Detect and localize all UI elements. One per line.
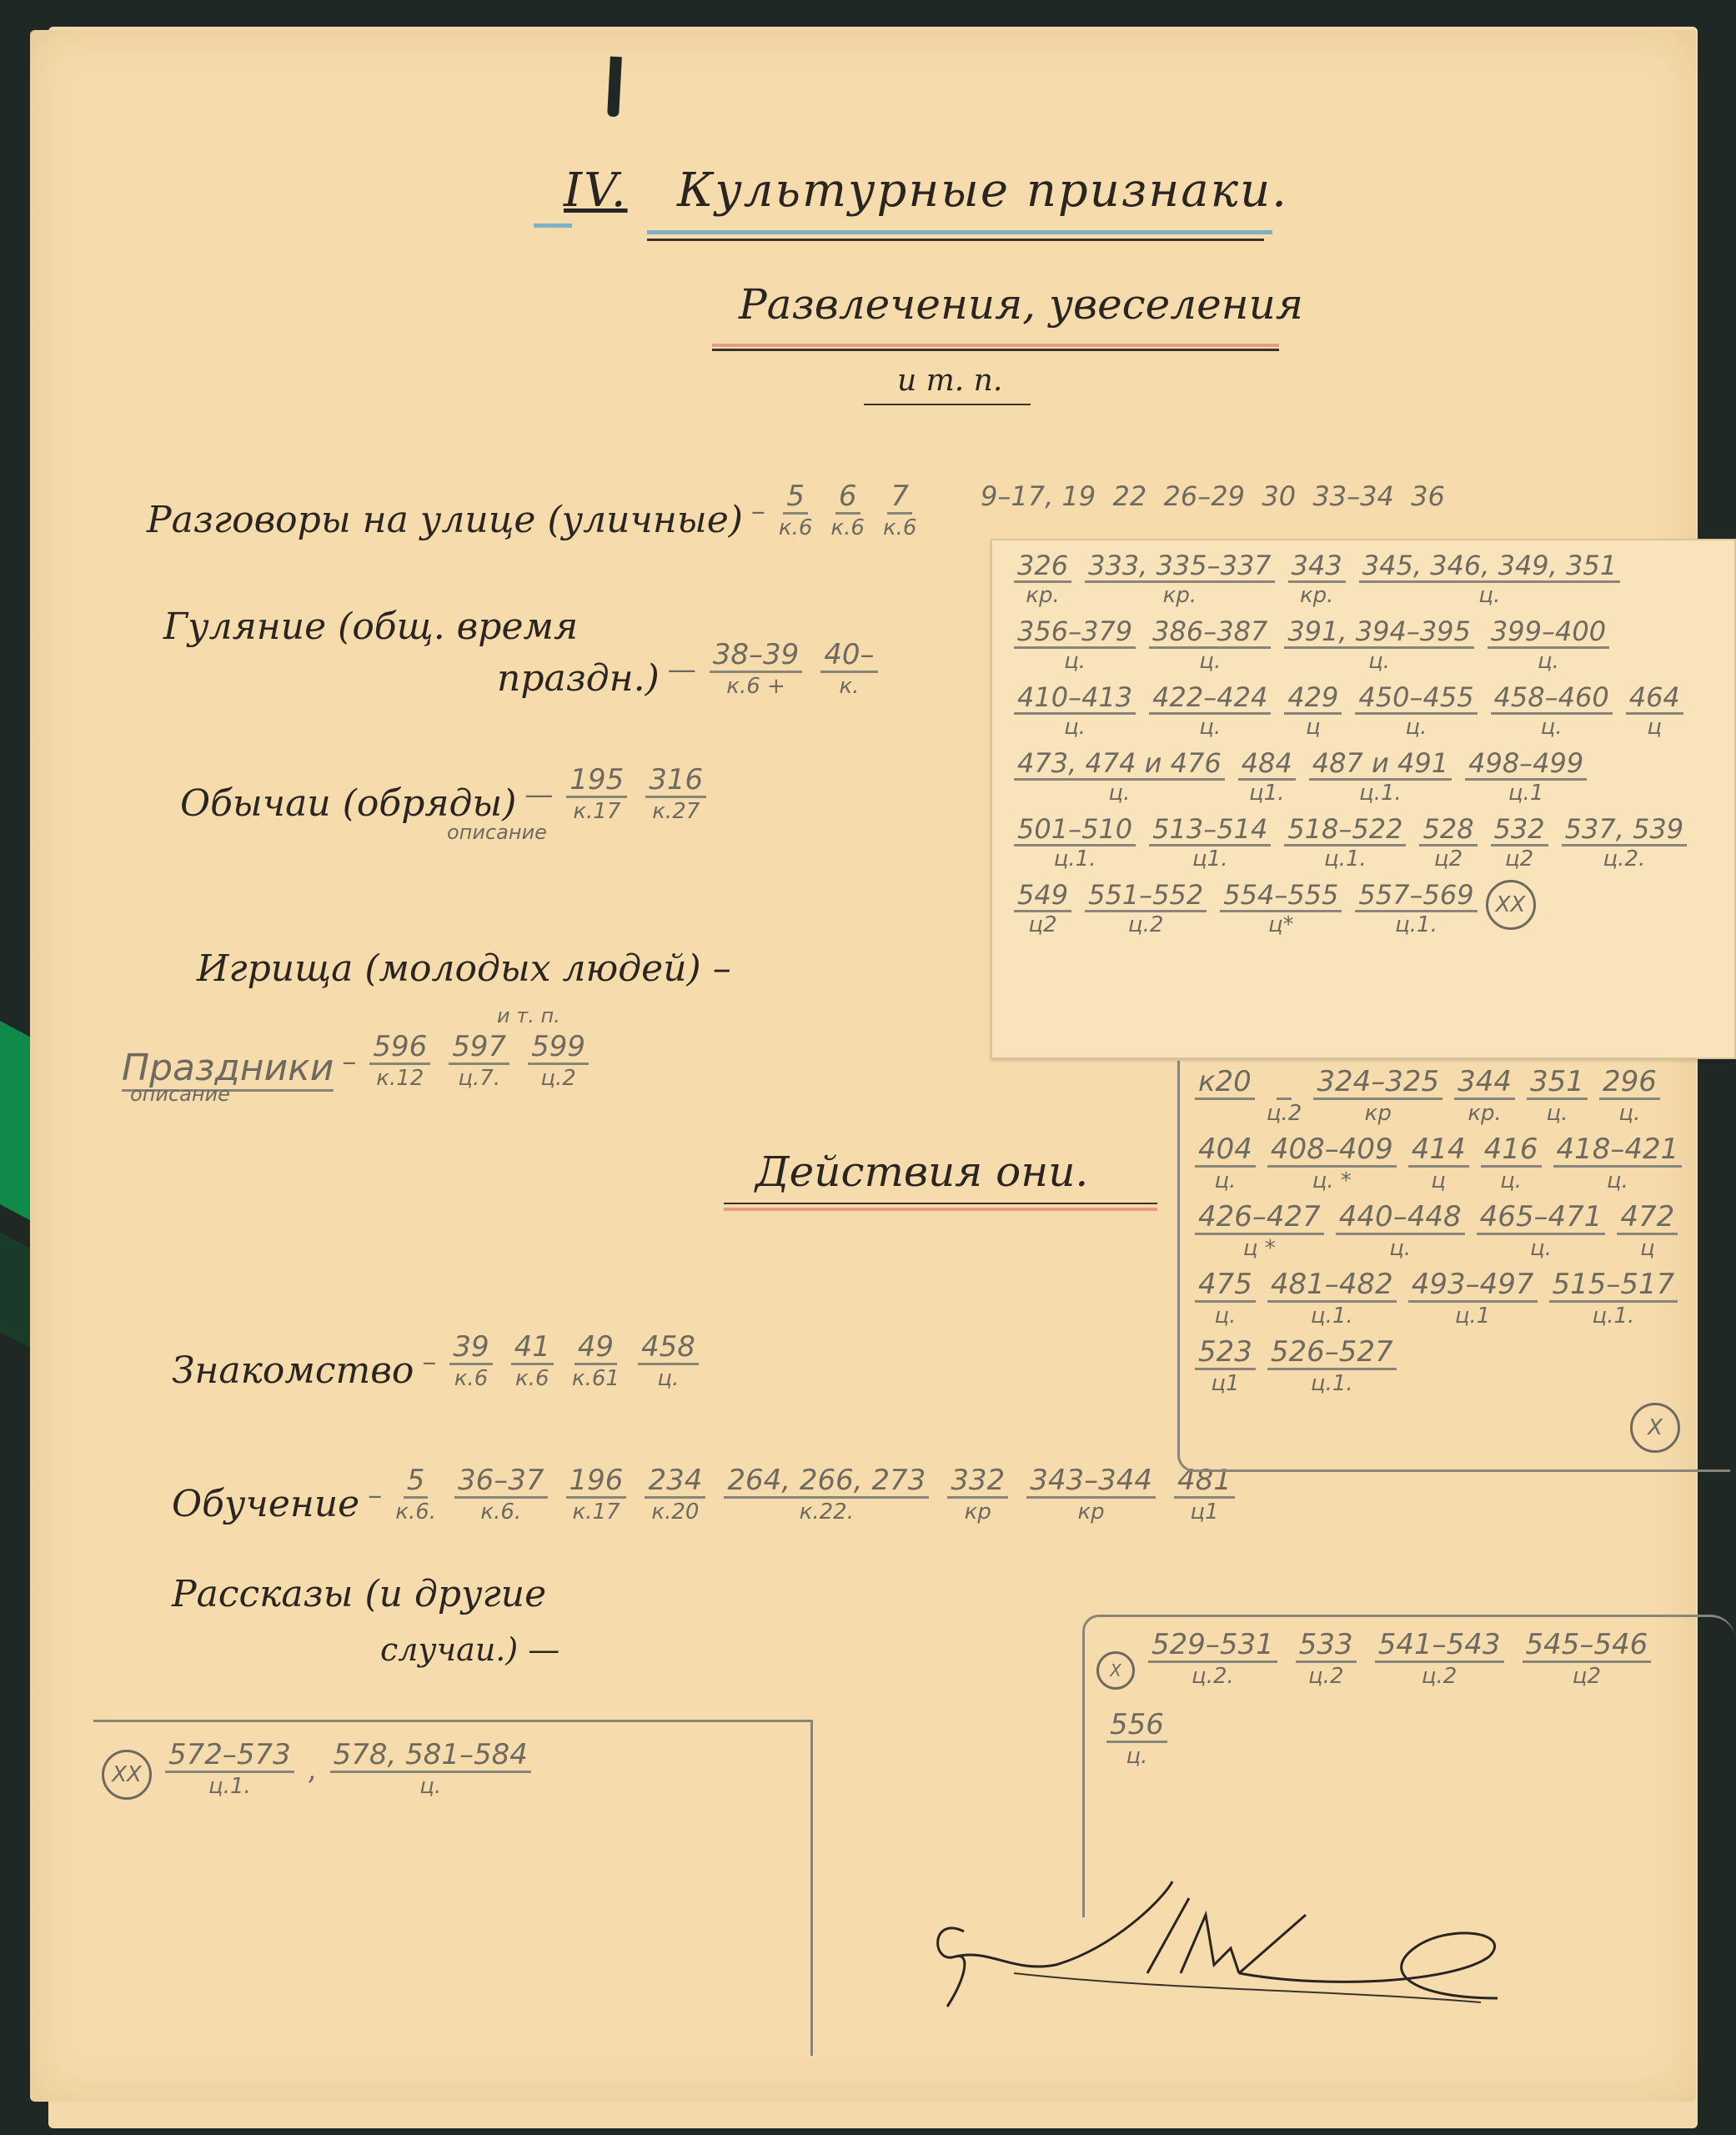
page-ref: 49к.61 (572, 1331, 620, 1392)
page-ref: 38–39к.6 + (710, 639, 803, 700)
page-ref: 458–460ц. (1491, 682, 1613, 740)
page-ref: 465–471ц. (1477, 1201, 1606, 1262)
page-ref: 572–573ц.1. (165, 1739, 294, 1800)
page-ref: 351ц. (1527, 1066, 1588, 1127)
page-ref: 343–344кр (1026, 1464, 1156, 1525)
circled-xx-mark: XX (102, 1750, 152, 1800)
page-ref: 578, 581–584ц. (330, 1739, 531, 1800)
heading-underline-ink (724, 1203, 1157, 1204)
page-ref: 475ц. (1195, 1268, 1256, 1329)
heading-underline-red (724, 1208, 1157, 1211)
entry-row: праздн.) — 38–39к.6 + 40–к. (497, 639, 883, 700)
page-ref: к20 (1195, 1066, 1255, 1127)
section-number: IV. (564, 163, 628, 218)
subsubtitle: и т. п. (897, 364, 1002, 398)
title-underline-blue-short (534, 224, 572, 228)
subtitle-underline-red (712, 344, 1279, 347)
page-ref: 487 и 491ц.1. (1309, 748, 1452, 806)
entry-sublabel: и т. п. (497, 1004, 560, 1027)
signature-scrawl-icon (914, 1865, 1614, 2032)
circled-x-mark: X (1096, 1651, 1135, 1690)
page-ref: 458ц. (638, 1331, 699, 1392)
entry-label: Рассказы (и другие (172, 1573, 546, 1615)
page-ref: ц.2 (1267, 1066, 1302, 1127)
page-ref: 345, 346, 349, 351ц. (1359, 550, 1620, 608)
entry-row: Разговоры на улице (уличные) – 5к.6 6к.6… (147, 480, 921, 541)
page-ref: 545–546ц2 (1523, 1629, 1652, 1690)
page-ref: 529–531ц.2. (1148, 1629, 1277, 1690)
page-ref: 599ц.2 (528, 1031, 589, 1092)
section-title: Культурные признаки. (677, 163, 1288, 218)
page-ref: 6к.6 (830, 480, 865, 541)
page-ref: 356–379ц. (1014, 616, 1136, 674)
page-ref: 296ц. (1599, 1066, 1660, 1127)
page-ref: 518–522ц.1. (1284, 814, 1406, 872)
signature (914, 1865, 1614, 2032)
entry-label: Обучение (172, 1483, 359, 1525)
page-ref: 549ц2 (1014, 880, 1071, 937)
page-ref: 498–499ц.1 (1465, 748, 1587, 806)
page-ref: 343кр. (1288, 550, 1346, 608)
page-ref: 7к.6 (883, 480, 917, 541)
page-ref: 532ц2 (1491, 814, 1548, 872)
page-ref: 422–424ц. (1149, 682, 1271, 740)
page-ref: 316к.27 (645, 764, 706, 825)
page-ref: 537, 539ц.2. (1562, 814, 1688, 872)
page-ref: 526–527ц.1. (1267, 1336, 1397, 1397)
entry-row: Обучение – 5к.6. 36–37к.6. 196к.17 234к.… (172, 1464, 1240, 1525)
page-ref: 481ц1 (1174, 1464, 1235, 1525)
page-ref: 533ц.2 (1296, 1629, 1357, 1690)
entry-refs-continued: 9–17, 19 22 26–29 30 33–34 36 (981, 480, 1445, 512)
circled-x-mark: X (1630, 1403, 1680, 1453)
subtitle-underline-ink (712, 349, 1279, 351)
page-ref: 450–455ц. (1355, 682, 1477, 740)
page-ref: 551–552ц.2 (1085, 880, 1207, 937)
page-ref: 597ц.7. (449, 1031, 509, 1092)
subtitle: Развлечения, увеселения (739, 280, 1303, 329)
entry-label-cont: праздн.) (497, 657, 660, 700)
page-ref: 391, 394–395ц. (1284, 616, 1474, 674)
title-underline-blue (647, 230, 1272, 234)
section-heading: Действия они. (755, 1148, 1088, 1196)
page-ref: 326кр. (1014, 550, 1071, 608)
page-ref: 429ц (1284, 682, 1342, 740)
page-ref: 264, 266, 273к.22. (724, 1464, 929, 1525)
page-ref: 556ц. (1106, 1709, 1167, 1770)
page-ref: 414ц (1408, 1133, 1469, 1194)
page-ref: 528ц2 (1419, 814, 1477, 872)
circled-xx-mark: XX (1486, 880, 1536, 930)
page-ref: 344кр. (1454, 1066, 1515, 1127)
page-ref: 234к.20 (645, 1464, 705, 1525)
page-ref: 195к.17 (566, 764, 627, 825)
page-ref: 333, 335–337кр. (1085, 550, 1275, 608)
pasted-slip: 326кр. 333, 335–337кр. 343кр. 345, 346, … (991, 539, 1736, 1059)
page-ref: 523ц1 (1195, 1336, 1256, 1397)
page-ref: 408–409ц. * (1267, 1133, 1397, 1194)
page-ref: 481–482ц.1. (1267, 1268, 1397, 1329)
page-title: IV. Культурные признаки. (564, 163, 1288, 218)
page-ref: 324–325кр (1313, 1066, 1442, 1127)
page-ref: 513–514ц1. (1149, 814, 1271, 872)
title-underline-ink (647, 239, 1264, 241)
entry-label: Обычаи (обряды) (180, 782, 516, 825)
page-ref: 40–к. (820, 639, 877, 700)
bracketed-refs-grid: к20 ц.2 324–325кр 344кр. 351ц. 296ц. 404… (1190, 1066, 1723, 1397)
bracketed-refs-box: к20 ц.2 324–325кр 344кр. 351ц. 296ц. 404… (1177, 1061, 1730, 1472)
page-ref: 501–510ц.1. (1014, 814, 1136, 872)
entry-sublabel: описание (130, 1083, 230, 1106)
entry-row: Обычаи (обряды) — 195к.17 316к.27 (180, 764, 711, 825)
subsubtitle-underline (864, 404, 1031, 405)
page-ref: 5к.6. (395, 1464, 436, 1525)
page-ref: 36–37к.6. (454, 1464, 548, 1525)
entry-label: Разговоры на улице (уличные) (147, 499, 743, 541)
page-ref: 554–555ц* (1220, 880, 1342, 937)
page-ref: 386–387ц. (1149, 616, 1271, 674)
ink-mark-top (607, 57, 622, 118)
page-ref: 473, 474 и 476ц. (1014, 748, 1225, 806)
entry-label: Игрища (молодых людей) – (197, 947, 731, 990)
page-ref: 418–421ц. (1553, 1133, 1683, 1194)
page-ref: 39к.6 (449, 1331, 492, 1392)
page-ref: 399–400ц. (1488, 616, 1609, 674)
slip-refs-grid: 326кр. 333, 335–337кр. 343кр. 345, 346, … (1009, 550, 1723, 937)
entry-sublabel: описание (447, 821, 547, 844)
page-ref: 493–497ц.1 (1408, 1268, 1538, 1329)
page-ref: 404ц. (1195, 1133, 1256, 1194)
page-ref: 541–543ц.2 (1375, 1629, 1504, 1690)
document-page: IV. Культурные признаки. Развлечения, ув… (30, 30, 1696, 2102)
page-ref: 196к.17 (566, 1464, 627, 1525)
entry-label-cont: случаи.) — (380, 1631, 559, 1668)
page-ref: 472ц (1617, 1201, 1678, 1262)
page-ref: 416ц. (1481, 1133, 1542, 1194)
page-ref: 557–569ц.1. (1355, 880, 1477, 937)
page-ref: 5к.6 (779, 480, 813, 541)
page-ref: 464ц (1626, 682, 1683, 740)
page-ref: 426–427ц * (1195, 1201, 1324, 1262)
entry-row: Знакомство – 39к.6 41к.6 49к.61 458ц. (172, 1331, 704, 1392)
page-ref: 596к.12 (369, 1031, 430, 1092)
page-ref: 332кр (947, 1464, 1008, 1525)
page-ref: 410–413ц. (1014, 682, 1136, 740)
page-ref: 515–517ц.1. (1549, 1268, 1678, 1329)
page-ref: 41к.6 (511, 1331, 554, 1392)
page-ref: 440–448ц. (1336, 1201, 1465, 1262)
page-ref: 484ц1. (1238, 748, 1296, 806)
entry-label: Знакомство (172, 1349, 414, 1392)
bracketed-refs-box-left: XX 572–573ц.1. , 578, 581–584ц. (93, 1720, 813, 2056)
